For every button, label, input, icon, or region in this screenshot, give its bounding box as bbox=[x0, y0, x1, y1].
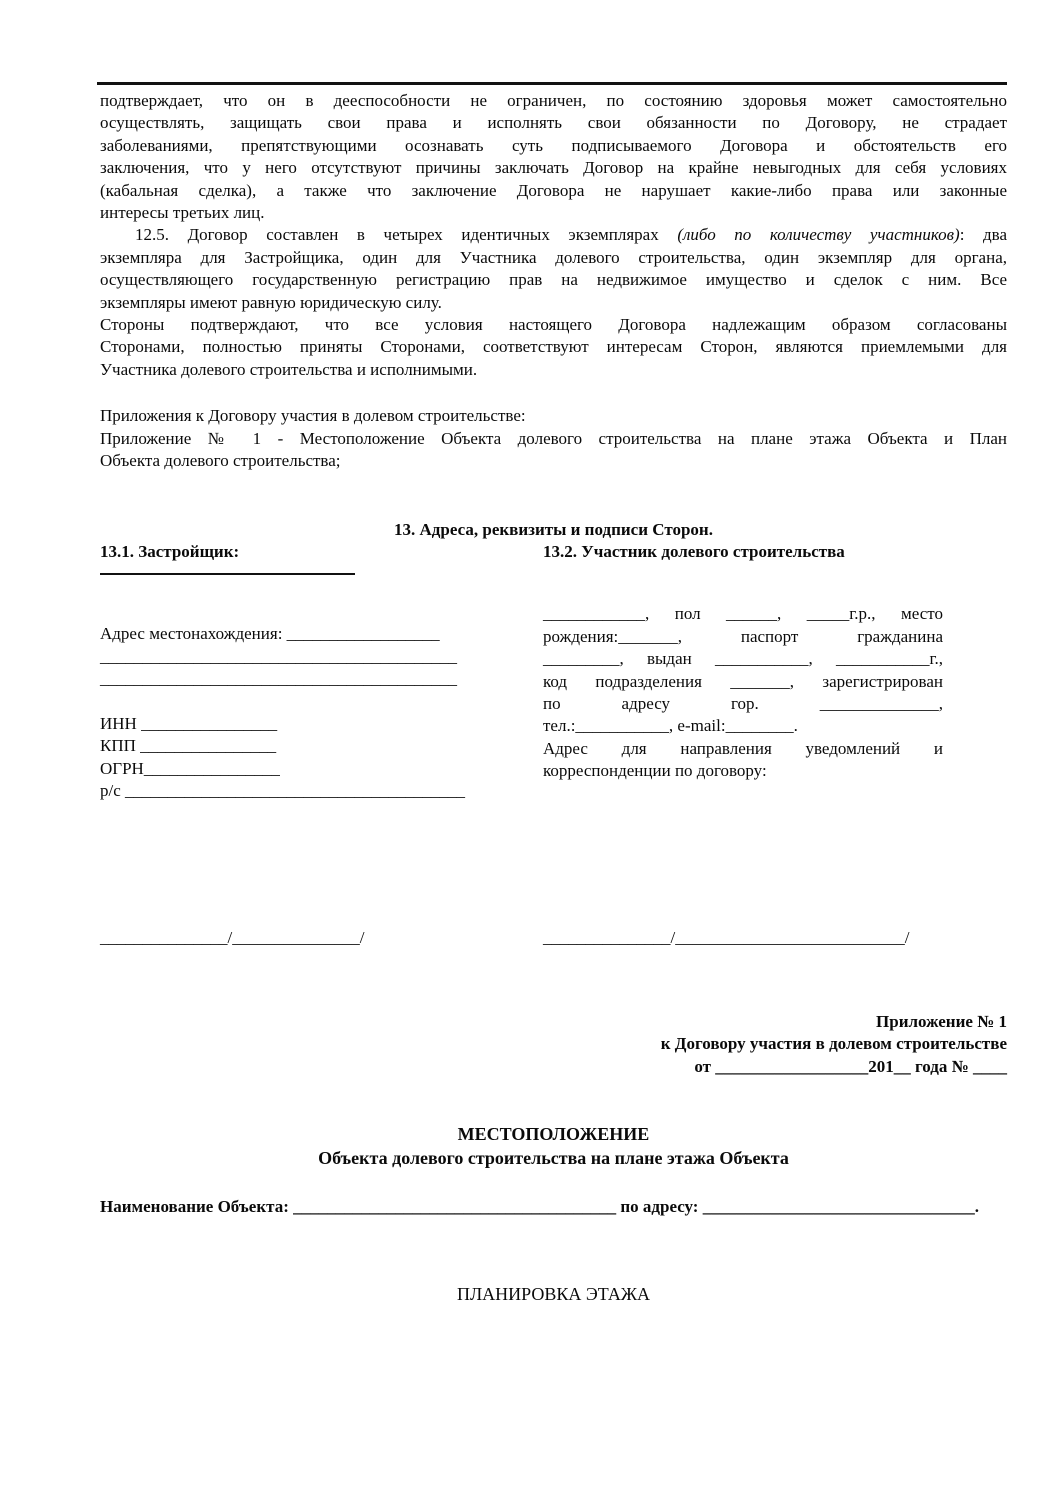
developer-account-field: р/с ____________________________________… bbox=[100, 780, 543, 802]
page-top-rule bbox=[97, 82, 1007, 85]
paragraph-capacity-line: осуществлять, защищать свои права и испо… bbox=[100, 112, 1007, 134]
developer-kpp-field: КПП ________________ bbox=[100, 735, 543, 757]
section-13-heading: 13. Адреса, реквизиты и подписи Сторон. bbox=[100, 519, 1007, 541]
paragraph-capacity-line: заключения, что у него отсутствуют причи… bbox=[100, 157, 1007, 179]
attachments-intro: Приложения к Договору участия в долевом … bbox=[100, 405, 1007, 427]
paragraph-capacity-line: интересы третьих лиц. bbox=[100, 202, 1007, 224]
object-name-blank: ______________________________________ bbox=[293, 1197, 616, 1216]
paragraph-capacity-line: (кабальная сделка), а также что заключен… bbox=[100, 180, 1007, 202]
paragraph-capacity-line: заболеваниями, препятствующими осознават… bbox=[100, 135, 1007, 157]
participant-detail-line: код подразделения _______, зарегистриров… bbox=[543, 671, 943, 693]
floor-plan-title: ПЛАНИРОВКА ЭТАЖА bbox=[100, 1283, 1007, 1305]
paragraph-12-5-line: 12.5. Договор составлен в четырех иденти… bbox=[100, 224, 1007, 246]
participant-notice-address-line: Адрес для направления уведомлений и bbox=[543, 738, 943, 760]
annex-heading-block: Приложение № 1 к Договору участия в доле… bbox=[100, 1011, 1007, 1078]
paragraph-12-5-line: экземпляра для Застройщика, один для Уча… bbox=[100, 247, 1007, 269]
location-title-block: МЕСТОПОЛОЖЕНИЕ Объекта долевого строител… bbox=[100, 1122, 1007, 1170]
developer-address-blank-line: ________________________________________… bbox=[100, 668, 543, 690]
developer-requisites: Адрес местонахождения: _________________… bbox=[100, 623, 543, 802]
developer-ogrn-field: ОГРН________________ bbox=[100, 758, 543, 780]
participant-notice-address-line: корреспонденции по договору: bbox=[543, 760, 943, 782]
attachments-list: Приложения к Договору участия в долевом … bbox=[100, 405, 1007, 472]
object-address-label: по адресу: bbox=[616, 1197, 703, 1216]
object-name-label: Наименование Объекта: bbox=[100, 1197, 293, 1216]
developer-blank-gap bbox=[100, 691, 543, 713]
participant-signature-line: _______________/________________________… bbox=[543, 927, 1007, 949]
participant-heading: 13.2. Участник долевого строительства bbox=[543, 541, 943, 563]
clause-12-5-text: 12.5. Договор составлен в четырех иденти… bbox=[135, 225, 677, 244]
paragraph-12-5: 12.5. Договор составлен в четырех иденти… bbox=[100, 224, 1007, 314]
paragraph-parties-line: Участника долевого строительства и испол… bbox=[100, 359, 1007, 381]
object-line-period: . bbox=[975, 1197, 979, 1216]
attachment-item-line: Объекта долевого строительства; bbox=[100, 450, 1007, 472]
attachment-item-line: Приложение № 1 - Местоположение Объекта … bbox=[100, 428, 1007, 450]
paragraph-parties-confirm: Стороны подтверждают, что все условия на… bbox=[100, 314, 1007, 381]
participant-details: ____________, пол ______, _____г.р., мес… bbox=[543, 603, 943, 782]
paragraph-12-5-line: осуществляющего государственную регистра… bbox=[100, 269, 1007, 291]
clause-12-5-italic-note: (либо по количеству участников) bbox=[677, 225, 959, 244]
participant-detail-line: рождения:_______, паспорт гражданина bbox=[543, 626, 943, 648]
developer-address-blank-line: ________________________________________… bbox=[100, 646, 543, 668]
location-title: МЕСТОПОЛОЖЕНИЕ bbox=[100, 1122, 1007, 1146]
paragraph-capacity: подтверждает, что он в дееспособности не… bbox=[100, 90, 1007, 224]
participant-detail-line: ____________, пол ______, _____г.р., мес… bbox=[543, 603, 943, 625]
developer-address-field: Адрес местонахождения: _________________… bbox=[100, 623, 543, 645]
document-page: подтверждает, что он в дееспособности не… bbox=[0, 0, 1060, 1500]
participant-detail-line: _________, выдан ___________, __________… bbox=[543, 648, 943, 670]
location-subtitle: Объекта долевого строительства на плане … bbox=[100, 1146, 1007, 1170]
developer-signature-line: _______________/_______________/ bbox=[100, 927, 543, 949]
paragraph-parties-line: Стороны подтверждают, что все условия на… bbox=[100, 314, 1007, 336]
developer-name-blank-line bbox=[100, 573, 355, 575]
paragraph-parties-line: Сторонами, полностью приняты Сторонами, … bbox=[100, 336, 1007, 358]
object-name-line: Наименование Объекта: __________________… bbox=[100, 1196, 1007, 1218]
object-address-blank: ________________________________ bbox=[703, 1197, 975, 1216]
annex-number-line: Приложение № 1 bbox=[100, 1011, 1007, 1033]
annex-date-number-line: от __________________201__ года № ____ bbox=[100, 1056, 1007, 1078]
paragraph-capacity-line: подтверждает, что он в дееспособности не… bbox=[100, 90, 1007, 112]
clause-12-5-text-end: : два bbox=[960, 225, 1007, 244]
participant-column: 13.2. Участник долевого строительства __… bbox=[543, 541, 943, 803]
paragraph-12-5-line: экземпляры имеют равную юридическую силу… bbox=[100, 292, 1007, 314]
signatures-row: _______________/_______________/ _______… bbox=[100, 927, 1007, 949]
annex-reference-line: к Договору участия в долевом строительст… bbox=[100, 1033, 1007, 1055]
participant-detail-line: тел.:___________, e-mail:________. bbox=[543, 715, 943, 737]
developer-column: 13.1. Застройщик: Адрес местонахождения:… bbox=[100, 541, 543, 803]
participant-detail-line: по адресу гор. ______________, bbox=[543, 693, 943, 715]
requisites-columns: 13.1. Застройщик: Адрес местонахождения:… bbox=[100, 541, 1007, 803]
developer-inn-field: ИНН ________________ bbox=[100, 713, 543, 735]
document-content: подтверждает, что он в дееспособности не… bbox=[100, 90, 1007, 1305]
developer-heading: 13.1. Застройщик: bbox=[100, 541, 543, 563]
